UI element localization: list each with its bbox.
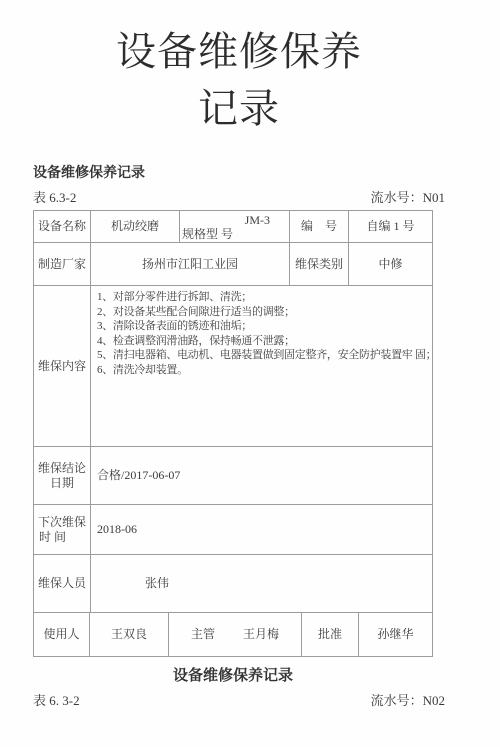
next-maintenance-label-line1: 下次维保 <box>34 515 90 530</box>
maintenance-item: 3、清除设备表面的锈迹和油垢； <box>97 319 436 334</box>
maintenance-record-table: 设备名称 机动绞磨 JM-3 规格型 号 编 号 自编 1 号 制造厂家 扬州市… <box>33 210 433 657</box>
category-label: 维保类别 <box>290 243 349 285</box>
user-value: 王双良 <box>90 613 169 656</box>
row-maintenance-staff: 维保人员 张伟 <box>34 554 432 612</box>
maintenance-staff-value: 张伟 <box>91 555 432 612</box>
spec-model-cell: JM-3 规格型 号 <box>180 211 290 242</box>
row-device-info: 设备名称 机动绞磨 JM-3 规格型 号 编 号 自编 1 号 <box>34 211 432 242</box>
conclusion-label-line1: 维保结论 <box>34 461 90 476</box>
supervisor-label: 主管 <box>191 627 215 642</box>
table-number-bottom: 表 6. 3-2 <box>33 692 80 710</box>
document-page: 设备维修保养 记录 设备维修保养记录 表 6.3-2 流水号：N01 设备名称 … <box>0 0 500 747</box>
table-number-top: 表 6.3-2 <box>33 189 76 207</box>
next-maintenance-label: 下次维保 时 间 <box>34 505 91 554</box>
manufacturer-value: 扬州市江阳工业园 <box>91 243 290 285</box>
approval-label: 批准 <box>302 613 359 656</box>
maintenance-staff-label: 维保人员 <box>34 555 91 612</box>
section-heading: 设备维修保养记录 <box>33 164 445 184</box>
next-maintenance-value: 2018-06 <box>91 505 432 554</box>
document-title: 设备维修保养 记录 <box>33 0 445 137</box>
user-label: 使用人 <box>34 613 90 656</box>
device-number-label: 编 号 <box>290 211 349 242</box>
manufacturer-label: 制造厂家 <box>34 243 91 285</box>
document-title-line1: 设备维修保养 <box>33 23 445 80</box>
device-name-label: 设备名称 <box>34 211 91 242</box>
table-meta-bottom: 表 6. 3-2 流水号：N02 <box>33 692 445 710</box>
serial-number-top: 流水号：N01 <box>371 189 445 207</box>
serial-number-bottom: 流水号：N02 <box>371 692 445 710</box>
spec-model-label: 规格型 号 <box>180 227 289 241</box>
conclusion-date-label: 维保结论 日期 <box>34 447 91 504</box>
supervisor-cell: 主管 王月梅 <box>169 613 302 656</box>
category-value: 中修 <box>349 243 432 285</box>
maintenance-content-list: 1、对部分零件进行拆卸、清洗； 2、对设备某些配合间隙进行适当的调整； 3、清除… <box>91 286 436 446</box>
row-conclusion-date: 维保结论 日期 合格/2017-06-07 <box>34 446 432 504</box>
approval-value: 孙继华 <box>359 613 432 656</box>
document-title-line2: 记录 <box>33 80 445 137</box>
row-manufacturer: 制造厂家 扬州市江阳工业园 维保类别 中修 <box>34 242 432 285</box>
maintenance-content-label: 维保内容 <box>34 286 91 446</box>
device-name-value: 机动绞磨 <box>91 211 180 242</box>
supervisor-value: 王月梅 <box>243 627 279 642</box>
maintenance-item: 4、检查调整润滑油路，保持畅通不泄露； <box>97 334 436 349</box>
maintenance-item: 1、对部分零件进行拆卸、清洗； <box>97 290 436 305</box>
table-meta-top: 表 6.3-2 流水号：N01 <box>33 189 445 207</box>
row-next-maintenance: 下次维保 时 间 2018-06 <box>34 504 432 554</box>
conclusion-label-line2: 日期 <box>34 476 90 491</box>
spec-model-value: JM-3 <box>180 213 289 227</box>
next-maintenance-label-line2: 时 间 <box>34 530 90 545</box>
conclusion-date-value: 合格/2017-06-07 <box>91 447 432 504</box>
maintenance-item: 2、对设备某些配合间隙进行适当的调整； <box>97 305 436 320</box>
device-number-value: 自编 1 号 <box>349 211 432 242</box>
row-maintenance-content: 维保内容 1、对部分零件进行拆卸、清洗； 2、对设备某些配合间隙进行适当的调整；… <box>34 285 432 446</box>
footer-section-heading: 设备维修保养记录 <box>33 666 433 686</box>
maintenance-item: 6、清洗冷却装置。 <box>97 363 436 378</box>
maintenance-item: 5、清扫电器箱、电动机、电器装置做到固定整齐，安全防护装置牢 固； <box>97 348 436 363</box>
row-signatures: 使用人 王双良 主管 王月梅 批准 孙继华 <box>34 612 432 656</box>
